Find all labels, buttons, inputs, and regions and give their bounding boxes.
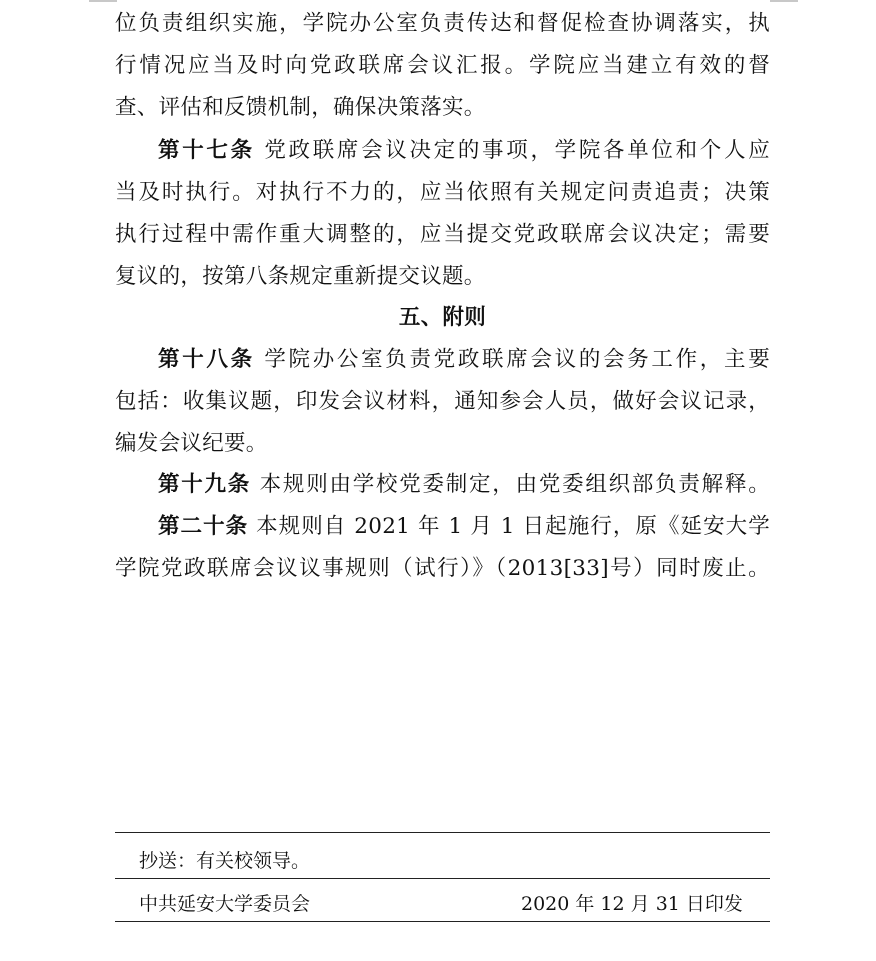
article-20-text: 本规则自 2021 年 1 月 1 日起施行，原《延安大学: [256, 514, 770, 539]
article-17-label: 第十七条: [158, 138, 255, 163]
footer-rule-top: [115, 832, 770, 833]
article-17-text: 党政联席会议决定的事项，学院各单位和个人应: [264, 138, 770, 163]
paragraph-line: 执行过程中需作重大调整的，应当提交党政联席会议决定；需要: [115, 220, 770, 250]
article-19-line: 第十九条 本规则由学校党委制定，由党委组织部负责解释。: [115, 470, 770, 500]
paragraph-line: 查、评估和反馈机制，确保决策落实。: [115, 93, 770, 123]
issuer: 中共延安大学委员会: [139, 891, 310, 917]
article-17-first-line: 第十七条 党政联席会议决定的事项，学院各单位和个人应: [115, 136, 770, 166]
issue-date: 2020 年 12 月 31 日印发: [521, 891, 743, 917]
article-20-label: 第二十条: [158, 514, 248, 539]
article-20-first-line: 第二十条 本规则自 2021 年 1 月 1 日起施行，原《延安大学: [115, 512, 770, 542]
paragraph-line: 位负责组织实施，学院办公室负责传达和督促检查协调落实，执: [115, 9, 770, 39]
article-18-text: 学院办公室负责党政联席会议的会务工作，主要: [264, 347, 770, 372]
page-corner-mark-right: [770, 0, 798, 2]
footer-rule-bottom: [115, 921, 770, 922]
article-18-first-line: 第十八条 学院办公室负责党政联席会议的会务工作，主要: [115, 345, 770, 375]
page-corner-mark-left: [89, 0, 117, 2]
article-19-text: 本规则由学校党委制定，由党委组织部负责解释。: [260, 472, 770, 497]
footer-rule-middle: [115, 878, 770, 879]
paragraph-line: 复议的，按第八条规定重新提交议题。: [115, 262, 770, 292]
article-19-label: 第十九条: [158, 472, 251, 497]
cc-line: 抄送：有关校领导。: [139, 848, 310, 874]
article-18-label: 第十八条: [158, 347, 255, 372]
paragraph-line: 编发会议纪要。: [115, 429, 770, 459]
paragraph-line: 学院党政联席会议议事规则（试行）》（2013[33]号）同时废止。: [115, 554, 770, 584]
section-heading: 五、附则: [115, 303, 770, 333]
paragraph-line: 当及时执行。对执行不力的，应当依照有关规定问责追责；决策: [115, 178, 770, 208]
paragraph-line: 行情况应当及时向党政联席会议汇报。学院应当建立有效的督: [115, 51, 770, 81]
paragraph-line: 包括：收集议题，印发会议材料，通知参会人员，做好会议记录，: [115, 387, 770, 417]
